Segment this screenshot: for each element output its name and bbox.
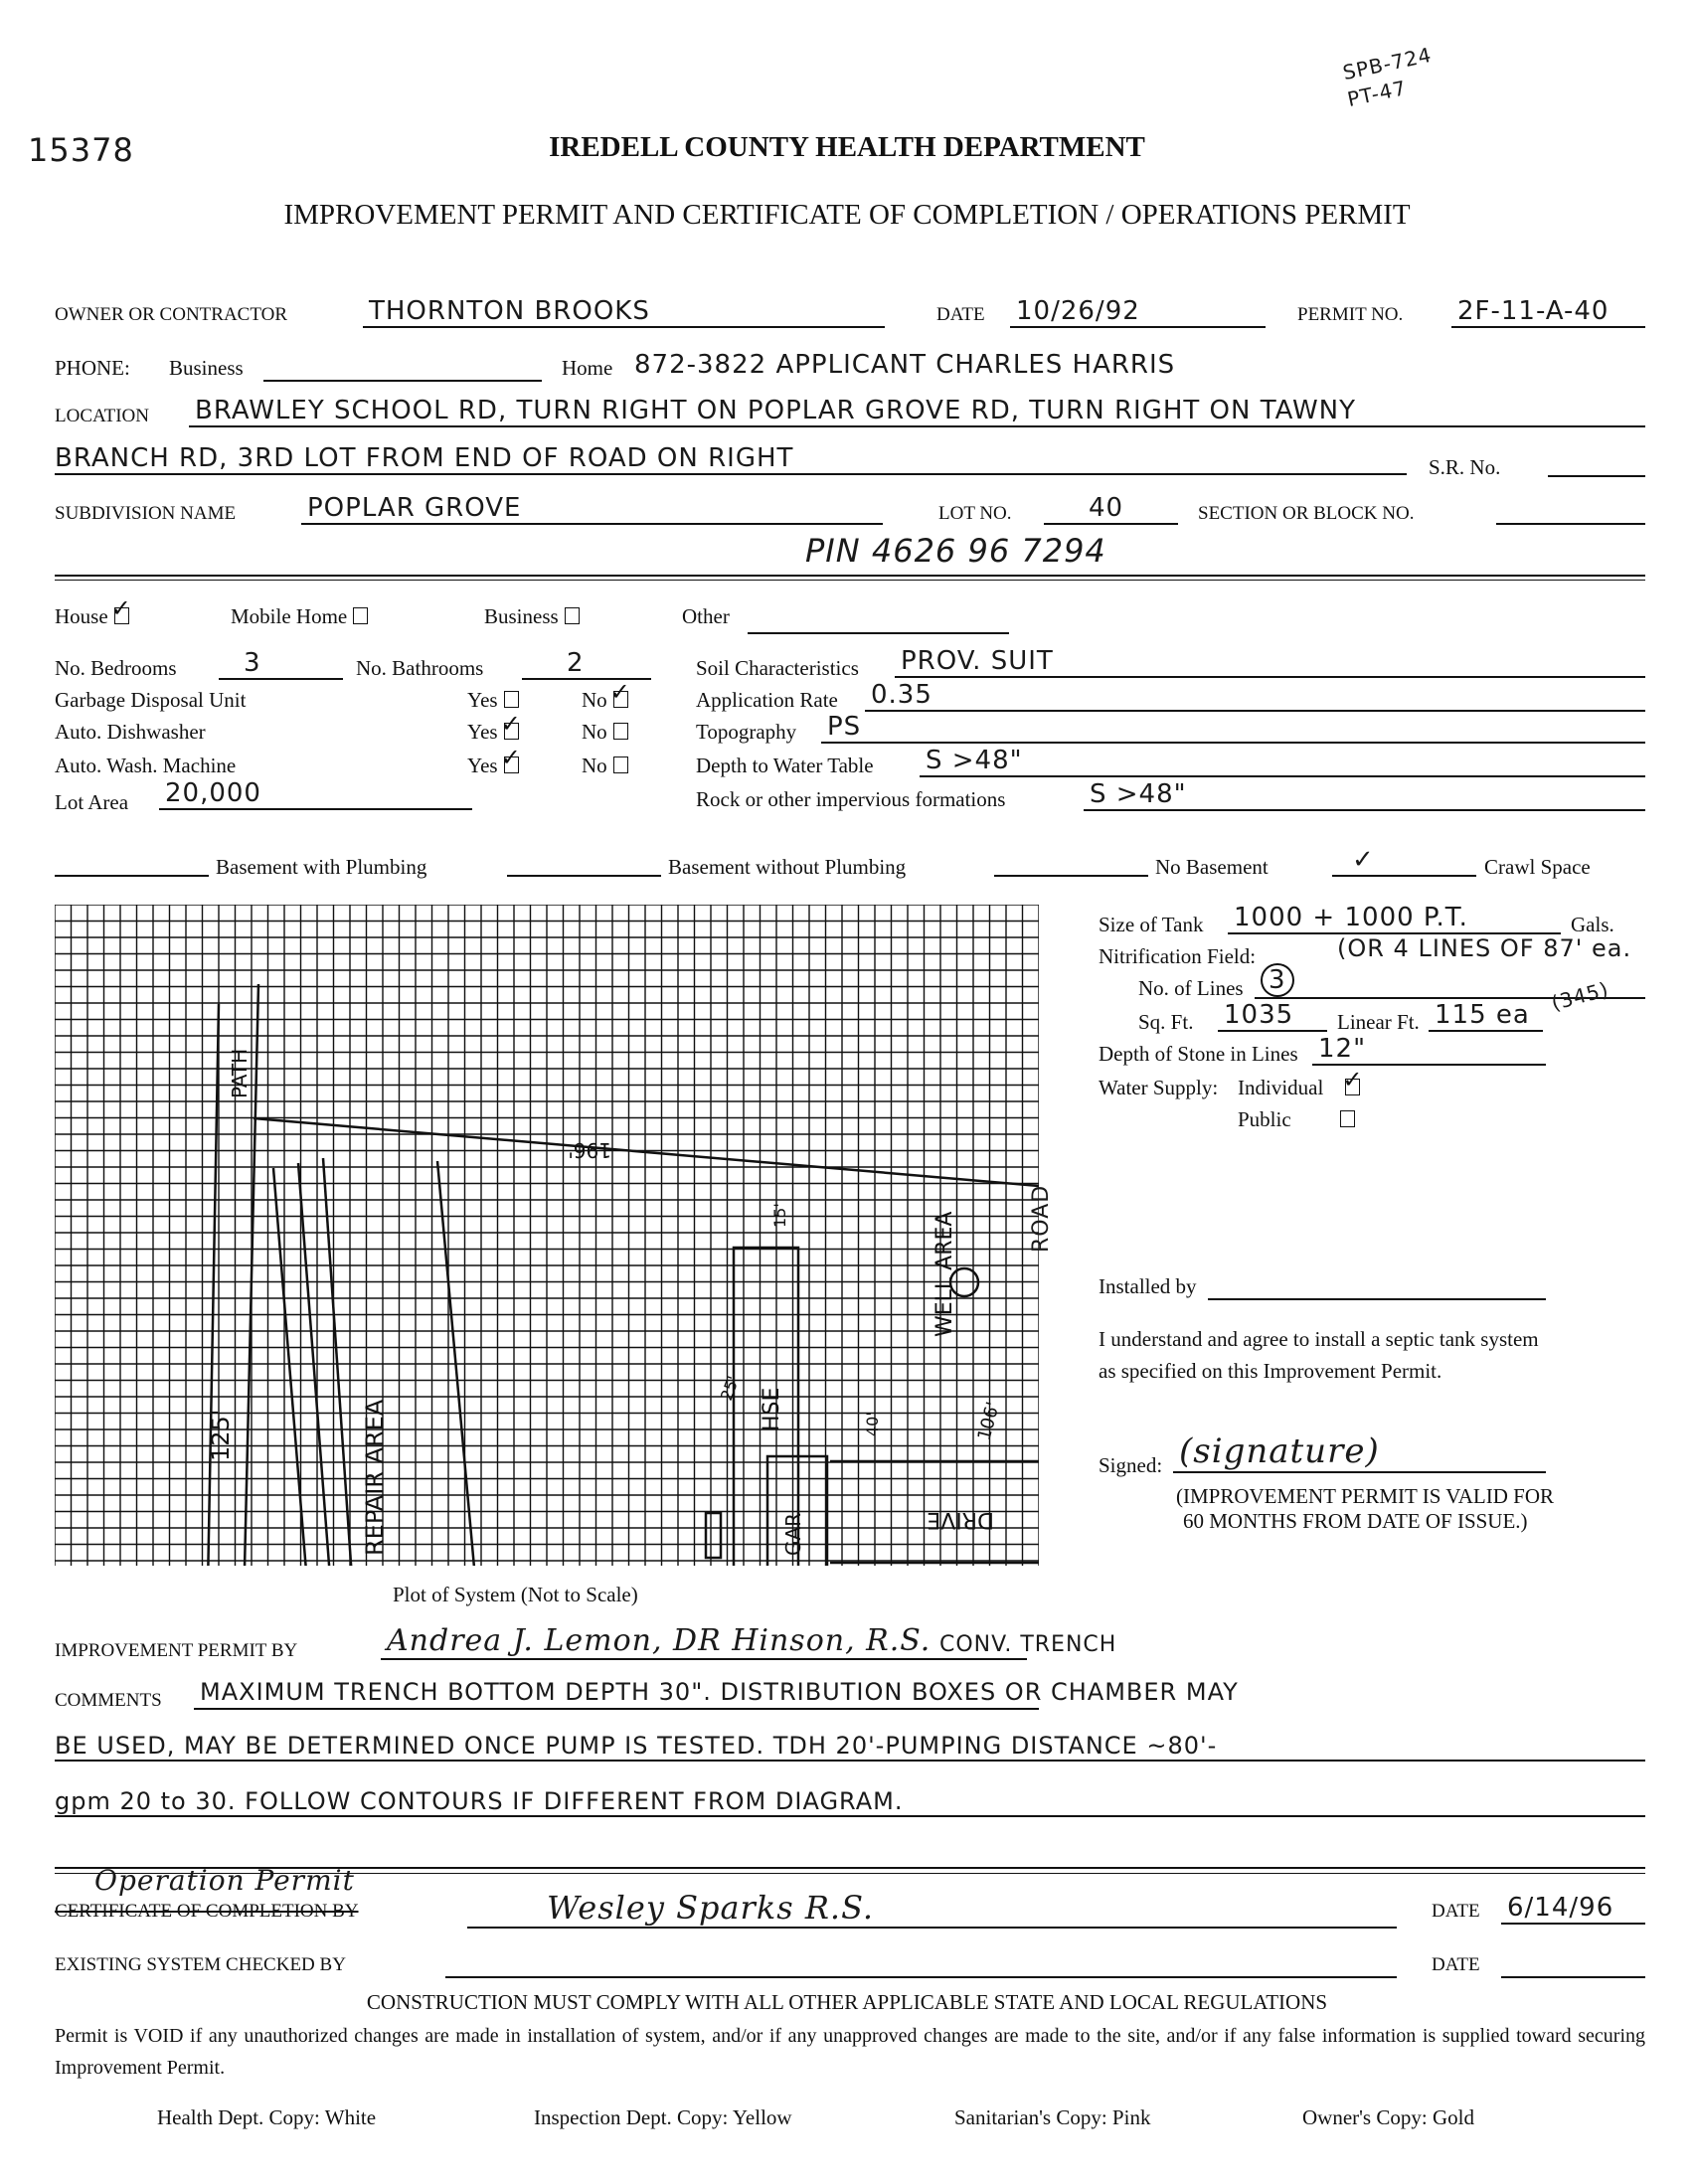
appliance-no-option[interactable]: No: [582, 754, 628, 778]
lot-no-label: LOT NO.: [938, 503, 1012, 525]
mobile-home-checkbox[interactable]: [353, 607, 368, 624]
comments-label: COMMENTS: [55, 1690, 162, 1712]
existing-system-field[interactable]: [445, 1948, 1397, 1978]
operation-permit-label: Operation Permit: [94, 1864, 355, 1897]
svg-text:25': 25': [717, 1374, 743, 1404]
appliance-row: Garbage Disposal Unit: [55, 688, 246, 713]
road-label: ROAD: [1029, 1185, 1054, 1253]
other-label: Other: [682, 604, 730, 629]
home-phone-field[interactable]: 872-3822 APPLICANT CHARLES HARRIS: [628, 352, 917, 382]
nitrification-note: (OR 4 LINES OF 87' ea.: [1337, 934, 1631, 962]
copy-label: Sanitarian's Copy: Pink: [954, 2105, 1150, 2130]
permit-by-field[interactable]: Andrea J. Lemon, DR Hinson, R.S.: [381, 1630, 1027, 1660]
bathrooms-label: No. Bathrooms: [356, 656, 483, 681]
appliance-label: Auto. Dishwasher: [55, 720, 206, 744]
rock-field[interactable]: S >48": [1084, 781, 1645, 811]
svg-text:HSE: HSE: [760, 1388, 784, 1431]
sr-no-field[interactable]: [1548, 447, 1645, 477]
building-type-house[interactable]: House: [55, 604, 129, 629]
sqft-label: Sq. Ft.: [1138, 1010, 1193, 1035]
basement-option-field[interactable]: [55, 847, 209, 877]
tank-size-field[interactable]: 1000 + 1000 P.T.: [1228, 905, 1561, 934]
subdivision-field[interactable]: POPLAR GROVE: [301, 495, 883, 525]
nitrification-label: Nitrification Field:: [1099, 944, 1256, 969]
water-supply-individual[interactable]: Individual: [1238, 1076, 1360, 1100]
individual-checkbox[interactable]: [1345, 1079, 1360, 1095]
phone-label: PHONE:: [55, 356, 130, 381]
basement-option-label: Basement with Plumbing: [216, 855, 426, 880]
completion-date-field[interactable]: 6/14/96: [1501, 1895, 1645, 1925]
no-checkbox[interactable]: [613, 723, 628, 740]
permit-by-label: IMPROVEMENT PERMIT BY: [55, 1640, 297, 1662]
water-table-label: Depth to Water Table: [696, 754, 874, 778]
sqft-field[interactable]: 1035: [1218, 1002, 1327, 1032]
installed-by-label: Installed by: [1099, 1274, 1197, 1299]
linear-ft-field[interactable]: 115 ea: [1429, 1002, 1543, 1032]
svg-text:40': 40': [863, 1412, 882, 1436]
signed-label: Signed:: [1099, 1453, 1162, 1478]
lot-area-field[interactable]: 20,000: [159, 780, 472, 810]
lot-no-field[interactable]: 40: [1044, 495, 1178, 525]
bedrooms-field[interactable]: 3: [219, 650, 343, 680]
section-block-field[interactable]: [1496, 495, 1645, 525]
owner-field[interactable]: THORNTON BROOKS: [363, 298, 885, 328]
existing-date-label: DATE: [1432, 1954, 1480, 1976]
existing-system-label: EXISTING SYSTEM CHECKED BY: [55, 1954, 346, 1976]
svg-text:PATH: PATH: [228, 1049, 252, 1098]
public-checkbox[interactable]: [1340, 1110, 1355, 1127]
completion-date-label: DATE: [1432, 1901, 1480, 1923]
water-supply-public[interactable]: Public: [1238, 1107, 1355, 1132]
location-field-line2[interactable]: BRANCH RD, 3RD LOT FROM END OF ROAD ON R…: [55, 445, 1407, 475]
lines-label: No. of Lines: [1138, 976, 1244, 1001]
basement-option-label: Crawl Space: [1484, 855, 1591, 880]
permit-no-field[interactable]: 2F-11-A-40: [1451, 298, 1645, 328]
comments-underline-1: [194, 1708, 1039, 1710]
app-rate-label: Application Rate: [696, 688, 838, 713]
basement-option-field[interactable]: [507, 847, 661, 877]
owner-label: OWNER OR CONTRACTOR: [55, 304, 287, 326]
basement-option-field[interactable]: [994, 847, 1148, 877]
appliance-no-option[interactable]: No: [582, 720, 628, 745]
building-type-business[interactable]: Business: [484, 604, 580, 629]
copy-label: Owner's Copy: Gold: [1302, 2105, 1474, 2130]
appliance-row: Auto. Wash. Machine: [55, 754, 236, 778]
section-divider-top-2: [55, 580, 1645, 581]
business-phone-field[interactable]: [263, 352, 542, 382]
svg-text:REPAIR AREA: REPAIR AREA: [361, 1399, 389, 1556]
soil-char-field[interactable]: PROV. SUIT: [895, 648, 1645, 678]
agency-title: IREDELL COUNTY HEALTH DEPARTMENT: [0, 131, 1694, 164]
rock-label: Rock or other impervious formations: [696, 787, 1005, 812]
section-divider-top: [55, 575, 1645, 577]
app-rate-field[interactable]: 0.35: [865, 682, 1645, 712]
completion-signature-field[interactable]: Wesley Sparks R.S.: [467, 1899, 1397, 1929]
basement-option-label: Basement without Plumbing: [668, 855, 906, 880]
no-checkbox[interactable]: [613, 691, 628, 708]
stone-depth-label: Depth of Stone in Lines: [1099, 1042, 1298, 1067]
certificate-completion-label: CERTIFICATE OF COMPLETION BY: [55, 1901, 359, 1923]
appliance-label: Auto. Wash. Machine: [55, 754, 236, 777]
basement-option-label: No Basement: [1155, 855, 1269, 880]
bedrooms-label: No. Bedrooms: [55, 656, 177, 681]
water-supply-label: Water Supply:: [1099, 1076, 1218, 1100]
other-field[interactable]: [748, 604, 1009, 634]
location-label: LOCATION: [55, 406, 149, 427]
void-notice: Permit is VOID if any unauthorized chang…: [55, 2020, 1645, 2084]
comments-line-1[interactable]: MAXIMUM TRENCH BOTTOM DEPTH 30". DISTRIB…: [194, 1678, 1645, 1708]
svg-text:DRIVE: DRIVE: [927, 1507, 994, 1532]
comments-line-3[interactable]: gpm 20 to 30. FOLLOW CONTOURS IF DIFFERE…: [55, 1787, 1645, 1817]
tank-size-label: Size of Tank: [1099, 913, 1203, 937]
sr-no-label: S.R. No.: [1429, 455, 1500, 480]
permit-no-label: PERMIT NO.: [1297, 304, 1403, 326]
appliance-yes-option[interactable]: Yes: [467, 720, 519, 745]
yes-checkbox[interactable]: [504, 691, 519, 708]
existing-date-field[interactable]: [1501, 1948, 1645, 1978]
soil-char-label: Soil Characteristics: [696, 656, 859, 681]
stone-depth-field[interactable]: 12": [1312, 1036, 1546, 1066]
form-title: IMPROVEMENT PERMIT AND CERTIFICATE OF CO…: [0, 199, 1694, 232]
agreement-text-1: I understand and agree to install a sept…: [1099, 1327, 1539, 1352]
house-checkbox[interactable]: [114, 607, 129, 624]
comments-line-2[interactable]: BE USED, MAY BE DETERMINED ONCE PUMP IS …: [55, 1732, 1645, 1762]
svg-text:GAR: GAR: [781, 1513, 805, 1556]
no-checkbox[interactable]: [613, 756, 628, 773]
svg-text:15': 15': [770, 1203, 789, 1228]
svg-text:106': 106': [974, 1400, 1004, 1442]
basement-option-field[interactable]: ✓: [1332, 847, 1476, 877]
validity-1: (IMPROVEMENT PERMIT IS VALID FOR: [1176, 1484, 1554, 1509]
business-label: Business: [169, 356, 244, 381]
business-checkbox[interactable]: [565, 607, 580, 624]
location-field-line1[interactable]: BRAWLEY SCHOOL RD, TURN RIGHT ON POPLAR …: [189, 398, 1645, 427]
plot-grid: PATH196'125'REPAIR AREAWELL AREAHSEGARDR…: [55, 905, 1039, 1566]
building-type-mobile-home[interactable]: Mobile Home: [231, 604, 368, 629]
yes-checkbox[interactable]: [504, 756, 519, 773]
pin-note: PIN 4626 96 7294: [805, 532, 1106, 570]
installed-by-field[interactable]: [1208, 1270, 1546, 1300]
appliance-label: Garbage Disposal Unit: [55, 688, 246, 712]
appliance-no-option[interactable]: No: [582, 688, 628, 713]
bathrooms-field[interactable]: 2: [522, 650, 651, 680]
copy-label: Health Dept. Copy: White: [157, 2105, 376, 2130]
water-table-field[interactable]: S >48": [920, 748, 1645, 777]
topography-label: Topography: [696, 720, 796, 745]
section-block-label: SECTION OR BLOCK NO.: [1198, 503, 1414, 525]
date-field[interactable]: 10/26/92: [1010, 298, 1266, 328]
appliance-yes-option[interactable]: Yes: [467, 754, 519, 778]
copy-label: Inspection Dept. Copy: Yellow: [534, 2105, 792, 2130]
svg-text:196': 196': [568, 1138, 611, 1162]
svg-text:125': 125': [207, 1410, 235, 1461]
regulations-notice: CONSTRUCTION MUST COMPLY WITH ALL OTHER …: [0, 1990, 1694, 2015]
home-label: Home: [562, 356, 612, 381]
topography-field[interactable]: PS: [821, 714, 1645, 744]
subdivision-label: SUBDIVISION NAME: [55, 503, 236, 525]
lot-area-label: Lot Area: [55, 790, 128, 815]
agreement-text-2: as specified on this Improvement Permit.: [1099, 1359, 1441, 1384]
date-label: DATE: [936, 304, 985, 326]
permit-by-note: CONV. TRENCH: [939, 1632, 1116, 1657]
linear-ft-label: Linear Ft.: [1337, 1010, 1420, 1035]
svg-text:WELL AREA: WELL AREA: [932, 1212, 957, 1337]
installer-signature-field[interactable]: (signature): [1173, 1443, 1546, 1473]
plot-caption: Plot of System (Not to Scale): [393, 1583, 638, 1607]
validity-2: 60 MONTHS FROM DATE OF ISSUE.): [1183, 1509, 1528, 1534]
appliance-row: Auto. Dishwasher: [55, 720, 206, 745]
yes-checkbox[interactable]: [504, 723, 519, 740]
